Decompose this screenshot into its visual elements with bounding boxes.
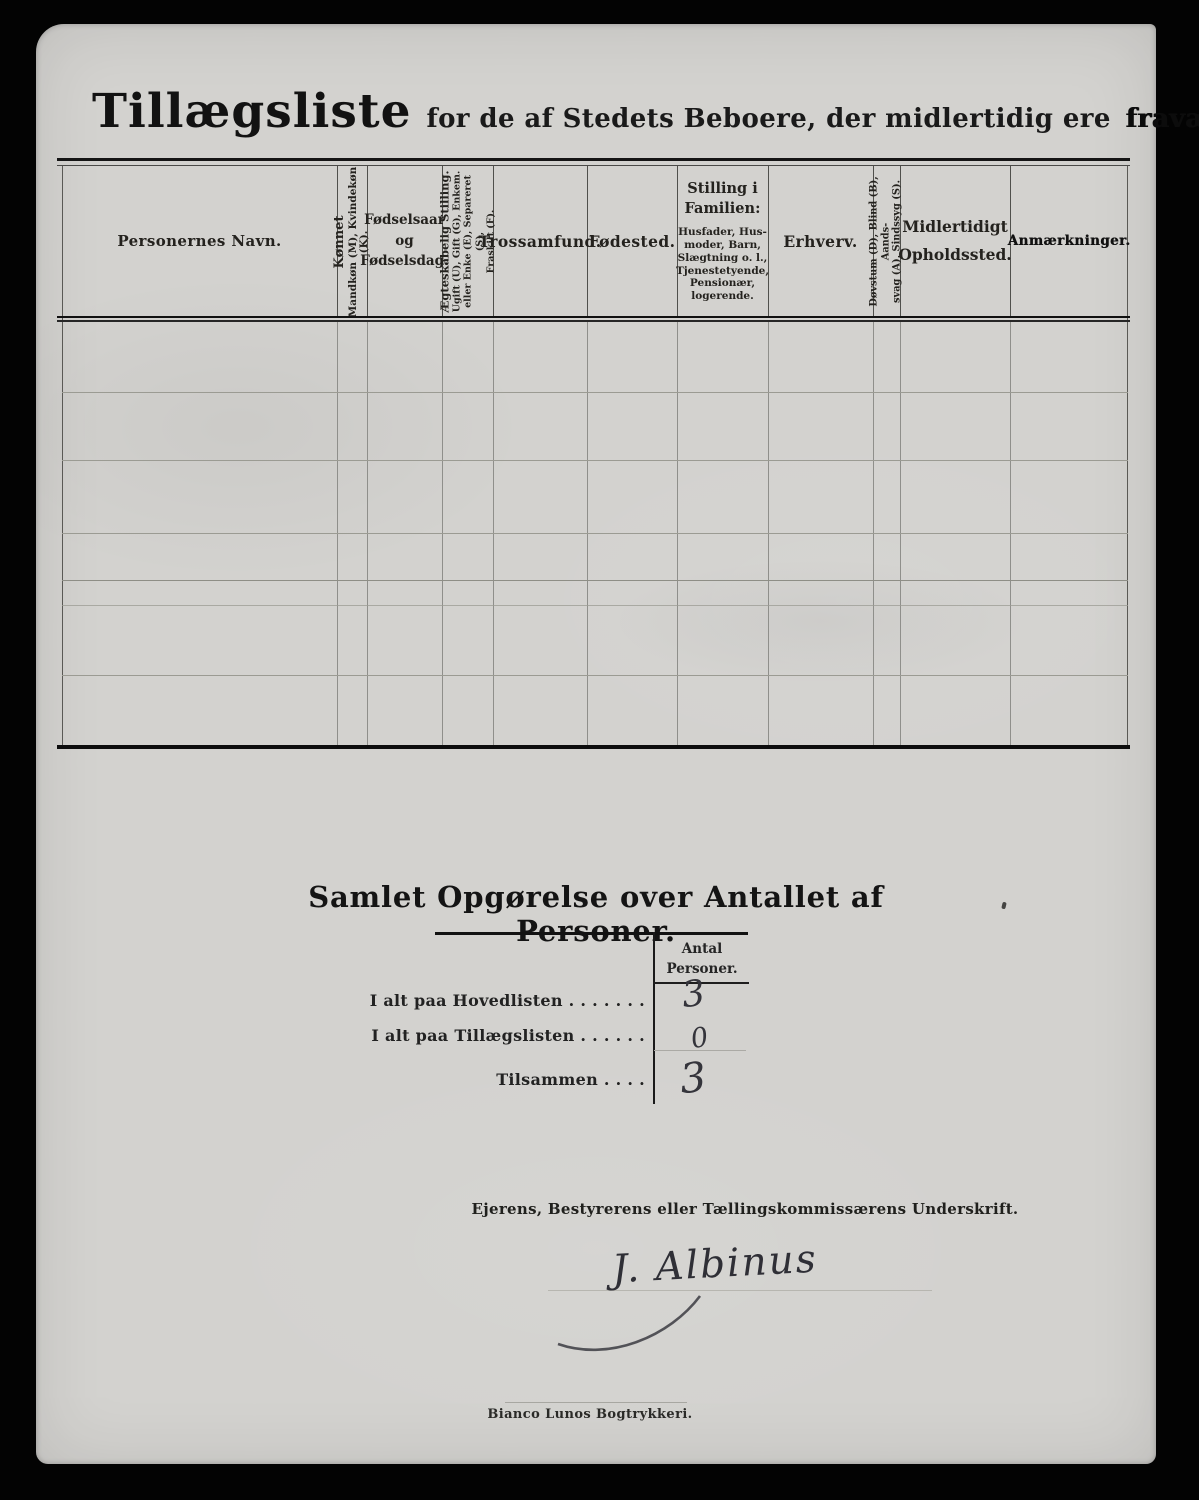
summary-row-value-total: 3 — [678, 1053, 709, 1103]
summary-heading: Samlet Opgørelse over Antallet af Person… — [286, 880, 906, 948]
stray-ink-mark — [1001, 902, 1007, 910]
body-row-line — [62, 580, 1128, 581]
column-header-birthdate: Fødselsaar og Fødselsdag. — [367, 166, 442, 316]
summary-sum-divider — [654, 1050, 746, 1051]
column-header-occupation: Erhverv. — [768, 166, 873, 316]
title-subtitle-emphasis: fraværende. — [1126, 103, 1199, 134]
summary-row-value-mainlist: 3 — [680, 973, 708, 1016]
signature-handwriting: J. Albinus — [611, 1237, 819, 1293]
column-header-disability: Døvstum (D), Blind (B), Aands- svag (A),… — [873, 166, 900, 318]
column-header-faith: Trossamfund. — [493, 166, 587, 316]
body-row-line — [62, 392, 1128, 393]
body-row-line — [62, 533, 1128, 534]
table-bottom-rule — [57, 745, 1130, 749]
printer-imprint-rule — [505, 1402, 687, 1403]
printer-imprint: Bianco Lunos Bogtrykkeri. — [440, 1407, 740, 1422]
header-bottom-rule — [57, 316, 1130, 318]
summary-table-top-rule — [435, 932, 748, 935]
column-header-remarks: Anmærkninger. — [1010, 166, 1128, 316]
summary-row-label-supplement: I alt paa Tillægslisten . . . . . . — [335, 1026, 645, 1045]
signature-baseline — [548, 1290, 932, 1291]
table-top-rule-thick — [57, 158, 1130, 161]
column-header-birthplace: Fødested. — [587, 166, 677, 316]
column-header-temporary-residence: Midlertidigt Opholdssted. — [900, 166, 1010, 316]
column-header-name: Personernes Navn. — [62, 166, 337, 316]
page-title: Tillægsliste for de af Stedets Beboere, … — [92, 84, 1142, 139]
title-main: Tillægsliste — [92, 84, 411, 139]
table-body-empty-rows — [62, 322, 1128, 745]
body-row-line — [62, 675, 1128, 676]
title-subtitle: for de af Stedets Beboere, der midlertid… — [426, 104, 1110, 134]
table-header-row: Personernes Navn. Kønnet Mandkøn (M), Kv… — [62, 166, 1128, 316]
scanned-census-page: Tillægsliste for de af Stedets Beboere, … — [36, 24, 1156, 1464]
summary-row-label-total: Tilsammen . . . . — [335, 1070, 645, 1089]
body-row-line — [62, 460, 1128, 461]
body-row-line — [62, 605, 1128, 606]
signature-caption: Ejerens, Bestyrerens eller Tællingskommi… — [445, 1200, 1045, 1218]
signature-flourish-icon — [550, 1292, 710, 1372]
column-header-family-position: Stilling i Familien: Husfader, Hus- mode… — [677, 166, 768, 316]
column-header-sex: Kønnet Mandkøn (M), Kvindekøn (K). — [337, 166, 367, 318]
summary-row-label-mainlist: I alt paa Hovedlisten . . . . . . . — [335, 991, 645, 1010]
